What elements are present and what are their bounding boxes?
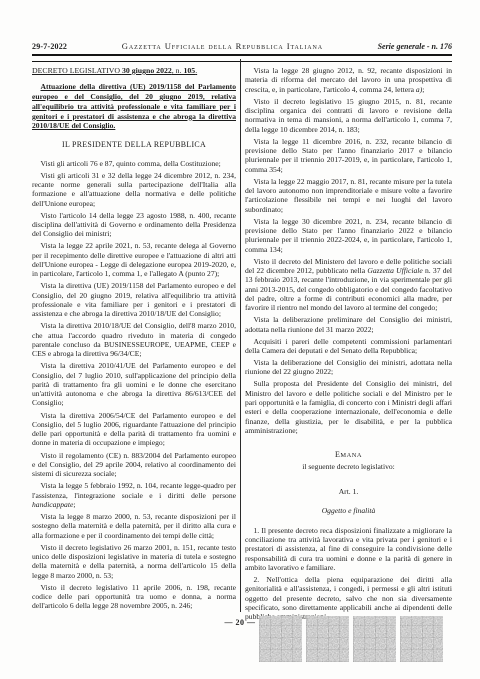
noise-image bbox=[400, 616, 443, 662]
recital-paragraph: Vista la legge 5 febbraio 1992, n. 104, … bbox=[32, 481, 236, 509]
recital-paragraph: Vista la legge 8 marzo 2000, n. 53, reca… bbox=[32, 512, 236, 540]
article-subtitle: Oggetto e finalità bbox=[245, 506, 452, 515]
noise-image bbox=[353, 616, 396, 662]
article-heading: Art. 1. bbox=[245, 487, 452, 496]
header-double-rule bbox=[32, 54, 452, 62]
noise-image bbox=[259, 616, 302, 662]
recital-paragraph: Vista la legge 22 maggio 2017, n. 81, re… bbox=[245, 177, 452, 214]
recital-paragraph: Vista la deliberazione del Consiglio dei… bbox=[245, 358, 452, 377]
recital-paragraph: Vista la legge 11 dicembre 2016, n. 232,… bbox=[245, 137, 452, 174]
emana-block: EMANA il seguente decreto legislativo: bbox=[245, 450, 452, 471]
page-header: 29-7-2022 Gazzetta Ufficiale della Repub… bbox=[32, 41, 452, 51]
recital-paragraph: Visto l'articolo 14 della legge 23 agost… bbox=[32, 211, 236, 239]
publication-date: 29-7-2022 bbox=[32, 42, 67, 51]
recital-paragraph: Vista la direttiva 2006/54/CE del Parlam… bbox=[32, 411, 236, 448]
scan-noise-block bbox=[259, 616, 302, 662]
recital-paragraph: Vista la direttiva 2010/18/UE del Consig… bbox=[32, 321, 236, 358]
recital-paragraph: Vista la legge 30 dicembre 2021, n. 234,… bbox=[245, 217, 452, 254]
emana-subline: il seguente decreto legislativo: bbox=[245, 462, 452, 471]
president-heading: IL PRESIDENTE DELLA REPUBBLICA bbox=[32, 140, 236, 149]
recital-paragraph: Acquisiti i pareri delle competenti comm… bbox=[245, 337, 452, 356]
left-column: DECRETO LEGISLATIVO 30 giugno 2022, n. 1… bbox=[32, 66, 236, 624]
recital-paragraph: Visti gli articoli 76 e 87, quinto comma… bbox=[32, 159, 236, 168]
article-paragraph: 2. Nell'ottica della piena equiparazione… bbox=[245, 575, 452, 621]
scan-noise-strip bbox=[259, 616, 443, 662]
recital-paragraph: Visto il decreto del Ministero del lavor… bbox=[245, 257, 452, 313]
scan-noise-block bbox=[400, 616, 443, 662]
issue-label: Serie generale - n. 176 bbox=[378, 42, 452, 51]
recital-paragraph: Visto il decreto legislativo 15 giugno 2… bbox=[245, 97, 452, 134]
recital-paragraph: Vista la direttiva (UE) 2019/1158 del Pa… bbox=[32, 281, 236, 318]
recital-paragraph: Vista la deliberazione preliminare del C… bbox=[245, 315, 452, 334]
scan-noise-block bbox=[353, 616, 396, 662]
gazzetta-page: 29-7-2022 Gazzetta Ufficiale della Repub… bbox=[0, 0, 480, 679]
recital-paragraph: Visti gli articoli 31 e 32 della legge 2… bbox=[32, 171, 236, 208]
article-body: 1. Il presente decreto reca disposizioni… bbox=[245, 526, 452, 622]
law-heading: DECRETO LEGISLATIVO 30 giugno 2022, n. 1… bbox=[32, 66, 236, 75]
masthead-title: Gazzetta Ufficiale della Repubblica Ital… bbox=[122, 41, 323, 51]
scan-noise-block bbox=[306, 616, 349, 662]
recital-paragraph: Visto il regolamento (CE) n. 883/2004 de… bbox=[32, 451, 236, 479]
article-paragraph: 1. Il presente decreto reca disposizioni… bbox=[245, 526, 452, 572]
recital-paragraph: Visto il decreto legislativo 11 aprile 2… bbox=[32, 583, 236, 611]
noise-image bbox=[306, 616, 349, 662]
document-body: DECRETO LEGISLATIVO 30 giugno 2022, n. 1… bbox=[32, 66, 452, 624]
emana-heading: EMANA bbox=[245, 450, 452, 460]
recital-paragraph: Vista la legge 22 aprile 2021, n. 53, re… bbox=[32, 241, 236, 278]
recital-paragraph: Vista la direttiva 2010/41/UE del Parlam… bbox=[32, 361, 236, 407]
recital-paragraph: Sulla proposta del Presidente del Consig… bbox=[245, 379, 452, 435]
recital-paragraph: Visto il decreto legislativo 26 marzo 20… bbox=[32, 543, 236, 580]
law-summary: Attuazione della direttiva (UE) 2019/115… bbox=[32, 82, 236, 131]
right-column: Vista la legge 28 giugno 2012, n. 92, re… bbox=[245, 66, 452, 624]
recital-paragraph: Vista la legge 28 giugno 2012, n. 92, re… bbox=[245, 66, 452, 94]
